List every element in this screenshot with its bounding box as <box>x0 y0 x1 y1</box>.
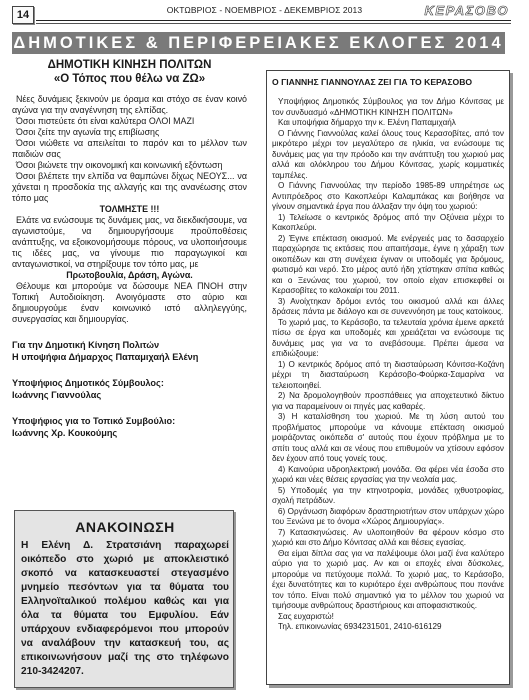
slogan: Πρωτοβουλία, Δράση, Αγώνα. <box>12 270 247 281</box>
section-banner: ΔΗΜΟΤΙΚΕΣ & ΠΕΡΙΦΕΡΕΙΑΚΕΣ ΕΚΛΟΓΕΣ 2014 <box>12 32 505 54</box>
paragraph: Ο Γιάννης Γιαννούλας καλεί όλους τους Κε… <box>272 129 504 182</box>
call-to-action: ΤΟΛΜΗΣΤΕ !!! <box>12 204 247 215</box>
paragraph: Όσοι ζείτε την αγωνία της επιβίωσης <box>12 127 247 138</box>
paragraph: Υποψήφιος Δημοτικός Σύμβουλος για τον Δή… <box>272 97 504 118</box>
header-rule-thin <box>36 23 511 24</box>
paragraph: Νέες δυνάμεις ξεκινούν με όραμα και στόχ… <box>12 94 247 116</box>
right-article-title: Ο ΓΙΑΝΝΗΣ ΓΙΑΝΝΟΥΛΑΣ ΖΕΙ ΓΙΑ ΤΟ ΚΕΡΑΣΟΒΟ <box>272 77 504 87</box>
paragraph: 3) Η καταλίσθηση του χωριού. Με τη λύση … <box>272 412 504 465</box>
announcement-title: ΑΝΑΚΟΙΝΩΣΗ <box>21 519 229 535</box>
left-article-title: ΔΗΜΟΤΙΚΗ ΚΙΝΗΣΗ ΠΟΛΙΤΩΝ «Ο Τόπος που θέλ… <box>12 58 247 86</box>
paragraph: 7) Κατασκηνώσεις. Αν υλοποιηθούν θα φέρο… <box>272 528 504 549</box>
paragraph: Θα είμαι δίπλα σας για να παλέψουμε όλοι… <box>272 549 504 612</box>
contact-phone: Τηλ. επικοινωνίας 6934231501, 2410-61612… <box>272 622 504 633</box>
paragraph: 4) Καινούρια υδροηλεκτρική μονάδα. Θα φέ… <box>272 465 504 486</box>
paragraph: Το χωριό μας, το Κεράσοβο, τα τελευταία … <box>272 318 504 360</box>
paragraph: Ελάτε να ενώσουμε τις δυνάμεις μας, να δ… <box>12 215 247 270</box>
paragraph: 5) Υποδομές για την κτηνοτροφία, μονάδες… <box>272 486 504 507</box>
paragraph: Ο Γιάννης Γιαννούλας την περίοδο 1985-89… <box>272 181 504 213</box>
paragraph: 1) Ο κεντρικός δρόμος από τη διασταύρωση… <box>272 360 504 392</box>
newspaper-brand: ΚΕΡΑΣΟΒΟ <box>425 3 509 18</box>
paragraph: 2) Έγινε επέκταση οικισμού. Με ενέργειές… <box>272 234 504 297</box>
signature-block: Υποψήφιος για το Τοπικό Συμβούλιο: Ιωάνν… <box>12 415 247 439</box>
page-header: 14 ΟΚΤΩΒΡΙΟΣ - ΝΟΕΜΒΡΙΟΣ - ΔΕΚΕΜΒΡΙΟΣ 20… <box>0 0 529 28</box>
paragraph: 2) Να δρομολογηθούν προσπάθειες για αποχ… <box>272 391 504 412</box>
left-article-body: Νέες δυνάμεις ξεκινούν με όραμα και στόχ… <box>12 94 247 325</box>
announcement-text: Η Ελένη Δ. Στρατσιάνη παραχωρεί οικόπεδο… <box>21 539 229 679</box>
paragraph: Θέλουμε και μπορούμε να δώσουμε ΝΕΑ ΠΝΟΗ… <box>12 281 247 325</box>
closing: Σας ευχαριστώ! <box>272 612 504 623</box>
right-article: Ο ΓΙΑΝΝΗΣ ΓΙΑΝΝΟΥΛΑΣ ΖΕΙ ΓΙΑ ΤΟ ΚΕΡΑΣΟΒΟ… <box>266 70 510 685</box>
paragraph: Όσοι βλέπετε την ελπίδα να θαμπώνει δίχω… <box>12 171 247 204</box>
paragraph: Και υποψήφια δήμαρχο την κ. Ελένη Παπαμι… <box>272 118 504 129</box>
header-rule <box>36 20 511 21</box>
paragraph: 1) Τελείωσε ο κεντρικός δρόμος από την Ο… <box>272 213 504 234</box>
signature-block: Για την Δημοτική Κίνηση Πολιτών Η υποψήφ… <box>12 339 247 363</box>
announcement-box: ΑΝΑΚΟΙΝΩΣΗ Η Ελένη Δ. Στρατσιάνη παραχωρ… <box>14 510 234 688</box>
paragraph: 3) Ανοίχτηκαν δρόμοι εντός του οικισμού … <box>272 297 504 318</box>
left-article: ΔΗΜΟΤΙΚΗ ΚΙΝΗΣΗ ΠΟΛΙΤΩΝ «Ο Τόπος που θέλ… <box>12 58 247 439</box>
paragraph: 6) Οργάνωση διαφόρων δραστηριοτήτων στον… <box>272 507 504 528</box>
paragraph: Όσοι νιώθετε να απειλείται το παρόν και … <box>12 138 247 160</box>
paragraph: Όσοι πιστεύετε ότι είναι καλύτερα ΟΛΟΙ Μ… <box>12 116 247 127</box>
paragraph: Όσοι βιώνετε την οικονομική και κοινωνικ… <box>12 160 247 171</box>
signature-block: Υποψήφιος Δημοτικός Σύμβουλος: Ιωάννης Γ… <box>12 377 247 401</box>
right-article-body: Υποψήφιος Δημοτικός Σύμβουλος για τον Δή… <box>272 97 504 633</box>
